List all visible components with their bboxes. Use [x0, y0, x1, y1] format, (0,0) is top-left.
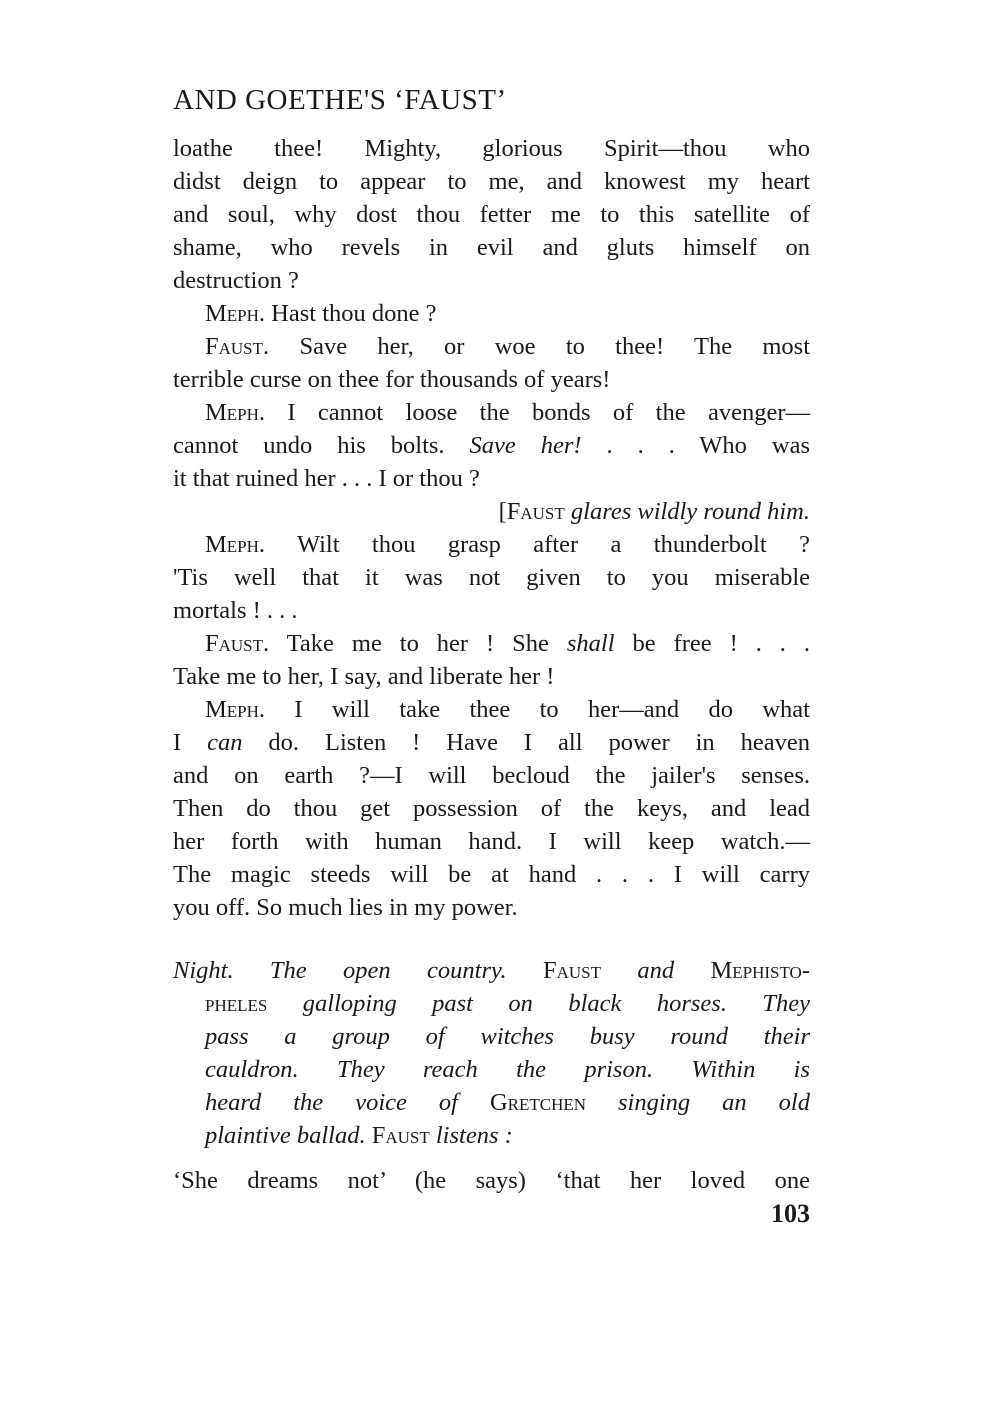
text-line: and soul, why dost thou fetter me to thi…	[173, 198, 810, 231]
stage-direction-night: Night. The open country. Faust and Mephi…	[173, 954, 810, 1152]
speaker-name: Faust	[507, 498, 565, 525]
section-gap	[173, 924, 810, 954]
text-line: heard the voice of Gretchen singing an o…	[173, 1086, 810, 1119]
paragraph-faust-take: Faust. Take me to her ! She shall be fre…	[173, 627, 810, 693]
text-line: Meph. Wilt thou grasp after a thunderbol…	[173, 528, 810, 561]
text-line: pheles galloping past on black horses. T…	[173, 987, 810, 1020]
text-line: mortals ! . . .	[173, 594, 810, 627]
emphasis: can	[207, 729, 242, 756]
text-line: her forth with human hand. I will keep w…	[173, 825, 810, 858]
text-line: Meph. Hast thou done ?	[173, 297, 810, 330]
speaker-name: Meph.	[205, 399, 265, 426]
text-line: loathe thee! Mighty, glorious Spirit—tho…	[173, 132, 810, 165]
text-line: Faust. Save her, or woe to thee! The mos…	[173, 330, 810, 363]
text-line: pass a group of witches busy round their	[173, 1020, 810, 1053]
text-line: Faust. Take me to her ! She shall be fre…	[173, 627, 810, 660]
text-line: cauldron. They reach the prison. Within …	[173, 1053, 810, 1086]
text-line: terrible curse on thee for thousands of …	[173, 363, 810, 396]
paragraph-meph-hast: Meph. Hast thou done ?	[173, 297, 810, 330]
text-line: Meph. I cannot loose the bonds of the av…	[173, 396, 810, 429]
text-line: cannot undo his bolts. Save her! . . . W…	[173, 429, 810, 462]
emphasis: shall	[567, 630, 615, 657]
paragraph-meph-cannot: Meph. I cannot loose the bonds of the av…	[173, 396, 810, 495]
page-number: 103	[173, 1197, 810, 1230]
text-line: I can do. Listen ! Have I all power in h…	[173, 726, 810, 759]
text-line: Then do thou get possession of the keys,…	[173, 792, 810, 825]
text-line: ‘She dreams not’ (he says) ‘that her lov…	[173, 1164, 810, 1197]
text-line: it that ruined her . . . I or thou ?	[173, 462, 810, 495]
text-line: destruction ?	[173, 264, 810, 297]
text-line: Take me to her, I say, and liberate her …	[173, 660, 810, 693]
text-line: you off. So much lies in my power.	[173, 891, 810, 924]
speaker-name: Meph.	[205, 531, 265, 558]
emphasis: Save her!	[470, 432, 582, 459]
book-page: AND GOETHE'S ‘FAUST’ loathe thee! Mighty…	[173, 82, 810, 1230]
paragraph-meph-will-take: Meph. I will take thee to her—and do wha…	[173, 693, 810, 924]
text-line: and on earth ?—I will becloud the jailer…	[173, 759, 810, 792]
running-head: AND GOETHE'S ‘FAUST’	[173, 82, 810, 132]
text-line: shame, who revels in evil and gluts hims…	[173, 231, 810, 264]
stage-direction-glares: [Faust glares wildly round him.	[173, 495, 810, 528]
speaker-name: Faust.	[205, 630, 269, 657]
text-line: Night. The open country. Faust and Mephi…	[173, 954, 810, 987]
paragraph-faust-save: Faust. Save her, or woe to thee! The mos…	[173, 330, 810, 396]
speaker-name: Meph.	[205, 300, 265, 327]
text-line: didst deign to appear to me, and knowest…	[173, 165, 810, 198]
speaker-name: Faust.	[205, 333, 269, 360]
text-line: Meph. I will take thee to her—and do wha…	[173, 693, 810, 726]
text-line: plaintive ballad. Faust listens :	[173, 1119, 810, 1152]
text-line: 'Tis well that it was not given to you m…	[173, 561, 810, 594]
paragraph-meph-wilt: Meph. Wilt thou grasp after a thunderbol…	[173, 528, 810, 627]
speaker-name: Meph.	[205, 696, 265, 723]
text-line: The magic steeds will be at hand . . . I…	[173, 858, 810, 891]
paragraph-faust-speech: loathe thee! Mighty, glorious Spirit—tho…	[173, 132, 810, 297]
section-gap	[173, 1152, 810, 1164]
